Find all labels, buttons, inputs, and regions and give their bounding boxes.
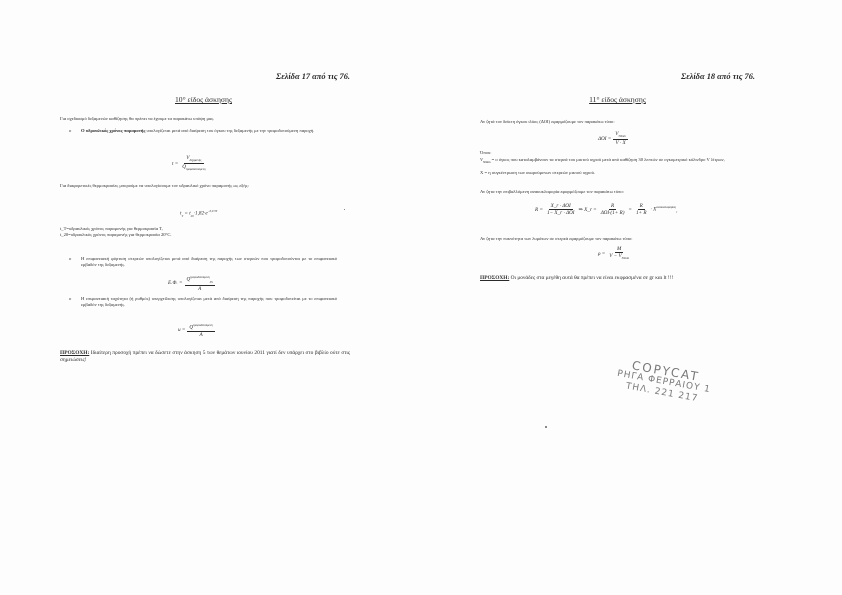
formula-svi: ΔΟΙ = V30min V · X xyxy=(598,131,628,146)
formula-den: A xyxy=(197,332,204,338)
scan-speck xyxy=(344,209,345,210)
formula-retention-time: t = Vδεξαμενής Qτροφοδοτούμενη xyxy=(172,155,208,172)
density-paragraph: Αν ζητα την πυκνότητα των λυμάτων σε στε… xyxy=(480,236,755,242)
formula-tail-sup: ανακυκλοφορίας xyxy=(656,205,676,209)
fraction1-num: X_r · ΔΟΙ xyxy=(549,203,573,210)
formula-overflow-rate: u = Qτροφοδοτούμενη A xyxy=(178,322,215,338)
formula-tail-sub: r xyxy=(676,210,677,214)
bullet-bold-text: Ο υδραυλικός χρόνος παραμονής xyxy=(81,128,145,133)
formula-exponent: −0,0 3T xyxy=(208,209,218,213)
fraction1-den: 1− X_r · ΔΟΙ xyxy=(545,210,576,216)
warning-text: Οι μονάδες στα μεγέθη αυτά θα πρέπει να … xyxy=(509,275,673,281)
warning-label: ΠΡΟΣΟΧΗ: xyxy=(480,275,509,281)
formula-implies: ⇒ X_r = xyxy=(578,207,596,213)
formula-lhs: Ε.Φ. = xyxy=(168,280,183,286)
scan-speck xyxy=(545,426,547,428)
bullet-text: Η επιφανειακή φόρτιση στερεών υπολογίζετ… xyxy=(72,256,337,269)
bullet-marker: o xyxy=(69,296,71,302)
formula-density: ρ = M V − V30min xyxy=(598,246,631,261)
fraction3-den: 1+ R xyxy=(634,210,649,216)
section-title: 11° είδος άσκησης xyxy=(480,95,755,104)
warning-text: Ιδιαίτερη προσοχή πρέπει να δώσετε στην … xyxy=(60,350,350,363)
temperature-paragraph: Για διαφορετικές θερμοκρασίες μπορούμε ν… xyxy=(60,183,350,189)
formula-temperature-correction: tT = t20·1,82·e−0,0 3T xyxy=(180,209,217,218)
bullet-hydraulic-time: o Ο υδραυλικός χρόνος παραμονής υπολογίζ… xyxy=(72,128,337,134)
bullet-text: υπολογίζεται μετά από διαίρεση του όγκου… xyxy=(145,128,314,133)
warning-note: ΠΡΟΣΟΧΗ: Ιδιαίτερη προσοχή πρέπει να δώσ… xyxy=(60,350,350,364)
section-title: 10° είδος άσκησης xyxy=(60,95,350,104)
formula-den-sub: 30min xyxy=(622,256,630,260)
intro-paragraph: Για σχεδιασμό δεξαμενών καθίζησης θα πρέ… xyxy=(60,116,350,122)
bullet-overflow-rate: o Η επιφανειακή ταχύτητα (ή ρυθμός) υπερ… xyxy=(72,296,337,309)
bullet-text: Η επιφανειακή ταχύτητα (ή ρυθμός) υπερχε… xyxy=(72,296,337,309)
formula-num-sup: τροφοδοτούμενη xyxy=(190,275,210,279)
where-label: Όπου: xyxy=(480,150,755,156)
formula-den: V · X xyxy=(613,140,627,146)
definition-x: X = η συγκέντρωση των αιωρούμενων στερεώ… xyxy=(480,170,755,176)
page-header: Σελίδα 18 από τις 76. xyxy=(681,72,755,81)
page-header: Σελίδα 17 από τις 76. xyxy=(276,72,350,81)
bullet-marker: o xyxy=(69,128,71,134)
recirculation-paragraph: Αν ζητα την επιβαλλόμενη ανακυκλοφορία ε… xyxy=(480,189,755,195)
formula-lhs-sub: T xyxy=(181,214,183,218)
page-18: Σελίδα 18 από τις 76. 11° είδος άσκησης … xyxy=(480,0,755,595)
definition-v30: V30min = ο όγκος που καταλαμβάνουν τα στ… xyxy=(480,157,755,165)
warning-note: ΠΡΟΣΟΧΗ: Οι μονάδες στα μεγέθη αυτά θα π… xyxy=(480,275,755,282)
definition-t20: t_20=υδραυλικός χρόνος παραμονής για θερ… xyxy=(60,232,350,238)
formula-num: M xyxy=(615,246,623,253)
formula-lhs: u = xyxy=(178,327,185,333)
bullet-surface-loading: o Η επιφανειακή φόρτιση στερεών υπολογίζ… xyxy=(72,256,337,269)
formula-num-sub: 30min xyxy=(618,134,626,138)
formula-recirculation: R = X_r · ΔΟΙ 1− X_r · ΔΟΙ ⇒ X_r = R ΔΟΙ… xyxy=(535,203,677,216)
formula-den: A xyxy=(196,286,203,292)
formula-surface-loading: Ε.Φ. = QτροφοδοτούμενηSS A xyxy=(168,274,215,292)
formula-eq: = xyxy=(628,207,632,213)
formula-den-sub: τροφοδοτούμενη xyxy=(186,167,206,171)
formula-lhs: t = xyxy=(172,161,178,167)
formula-lhs: ΔΟΙ = xyxy=(598,136,611,142)
formula-num-sup: τροφοδοτούμενη xyxy=(193,323,213,327)
formula-lhs: R = xyxy=(535,207,543,213)
fraction2-den: ΔΟΙ·(1+ R) xyxy=(599,210,627,216)
fraction3-num: R xyxy=(638,203,645,210)
warning-label: ΠΡΟΣΟΧΗ: xyxy=(60,350,89,356)
fraction2-num: R xyxy=(609,203,616,210)
formula-num-sub: SS xyxy=(210,280,213,284)
formula-lhs: ρ = xyxy=(598,251,605,257)
formula-den: V − V xyxy=(609,253,621,259)
definition-text: = ο όγκος που καταλαμβάνουν τα στερεά το… xyxy=(490,157,724,162)
formula-rest: ·1,82·e xyxy=(194,211,208,217)
formula-num-sub: δεξαμενής xyxy=(189,158,201,162)
page-17: Σελίδα 17 από τις 76. 10° είδος άσκησης … xyxy=(60,0,350,595)
intro-paragraph: Αν ζητά τον δείκτη όγκου ιλύος (ΔΟΙ) εφα… xyxy=(480,119,755,125)
bullet-marker: o xyxy=(69,256,71,262)
